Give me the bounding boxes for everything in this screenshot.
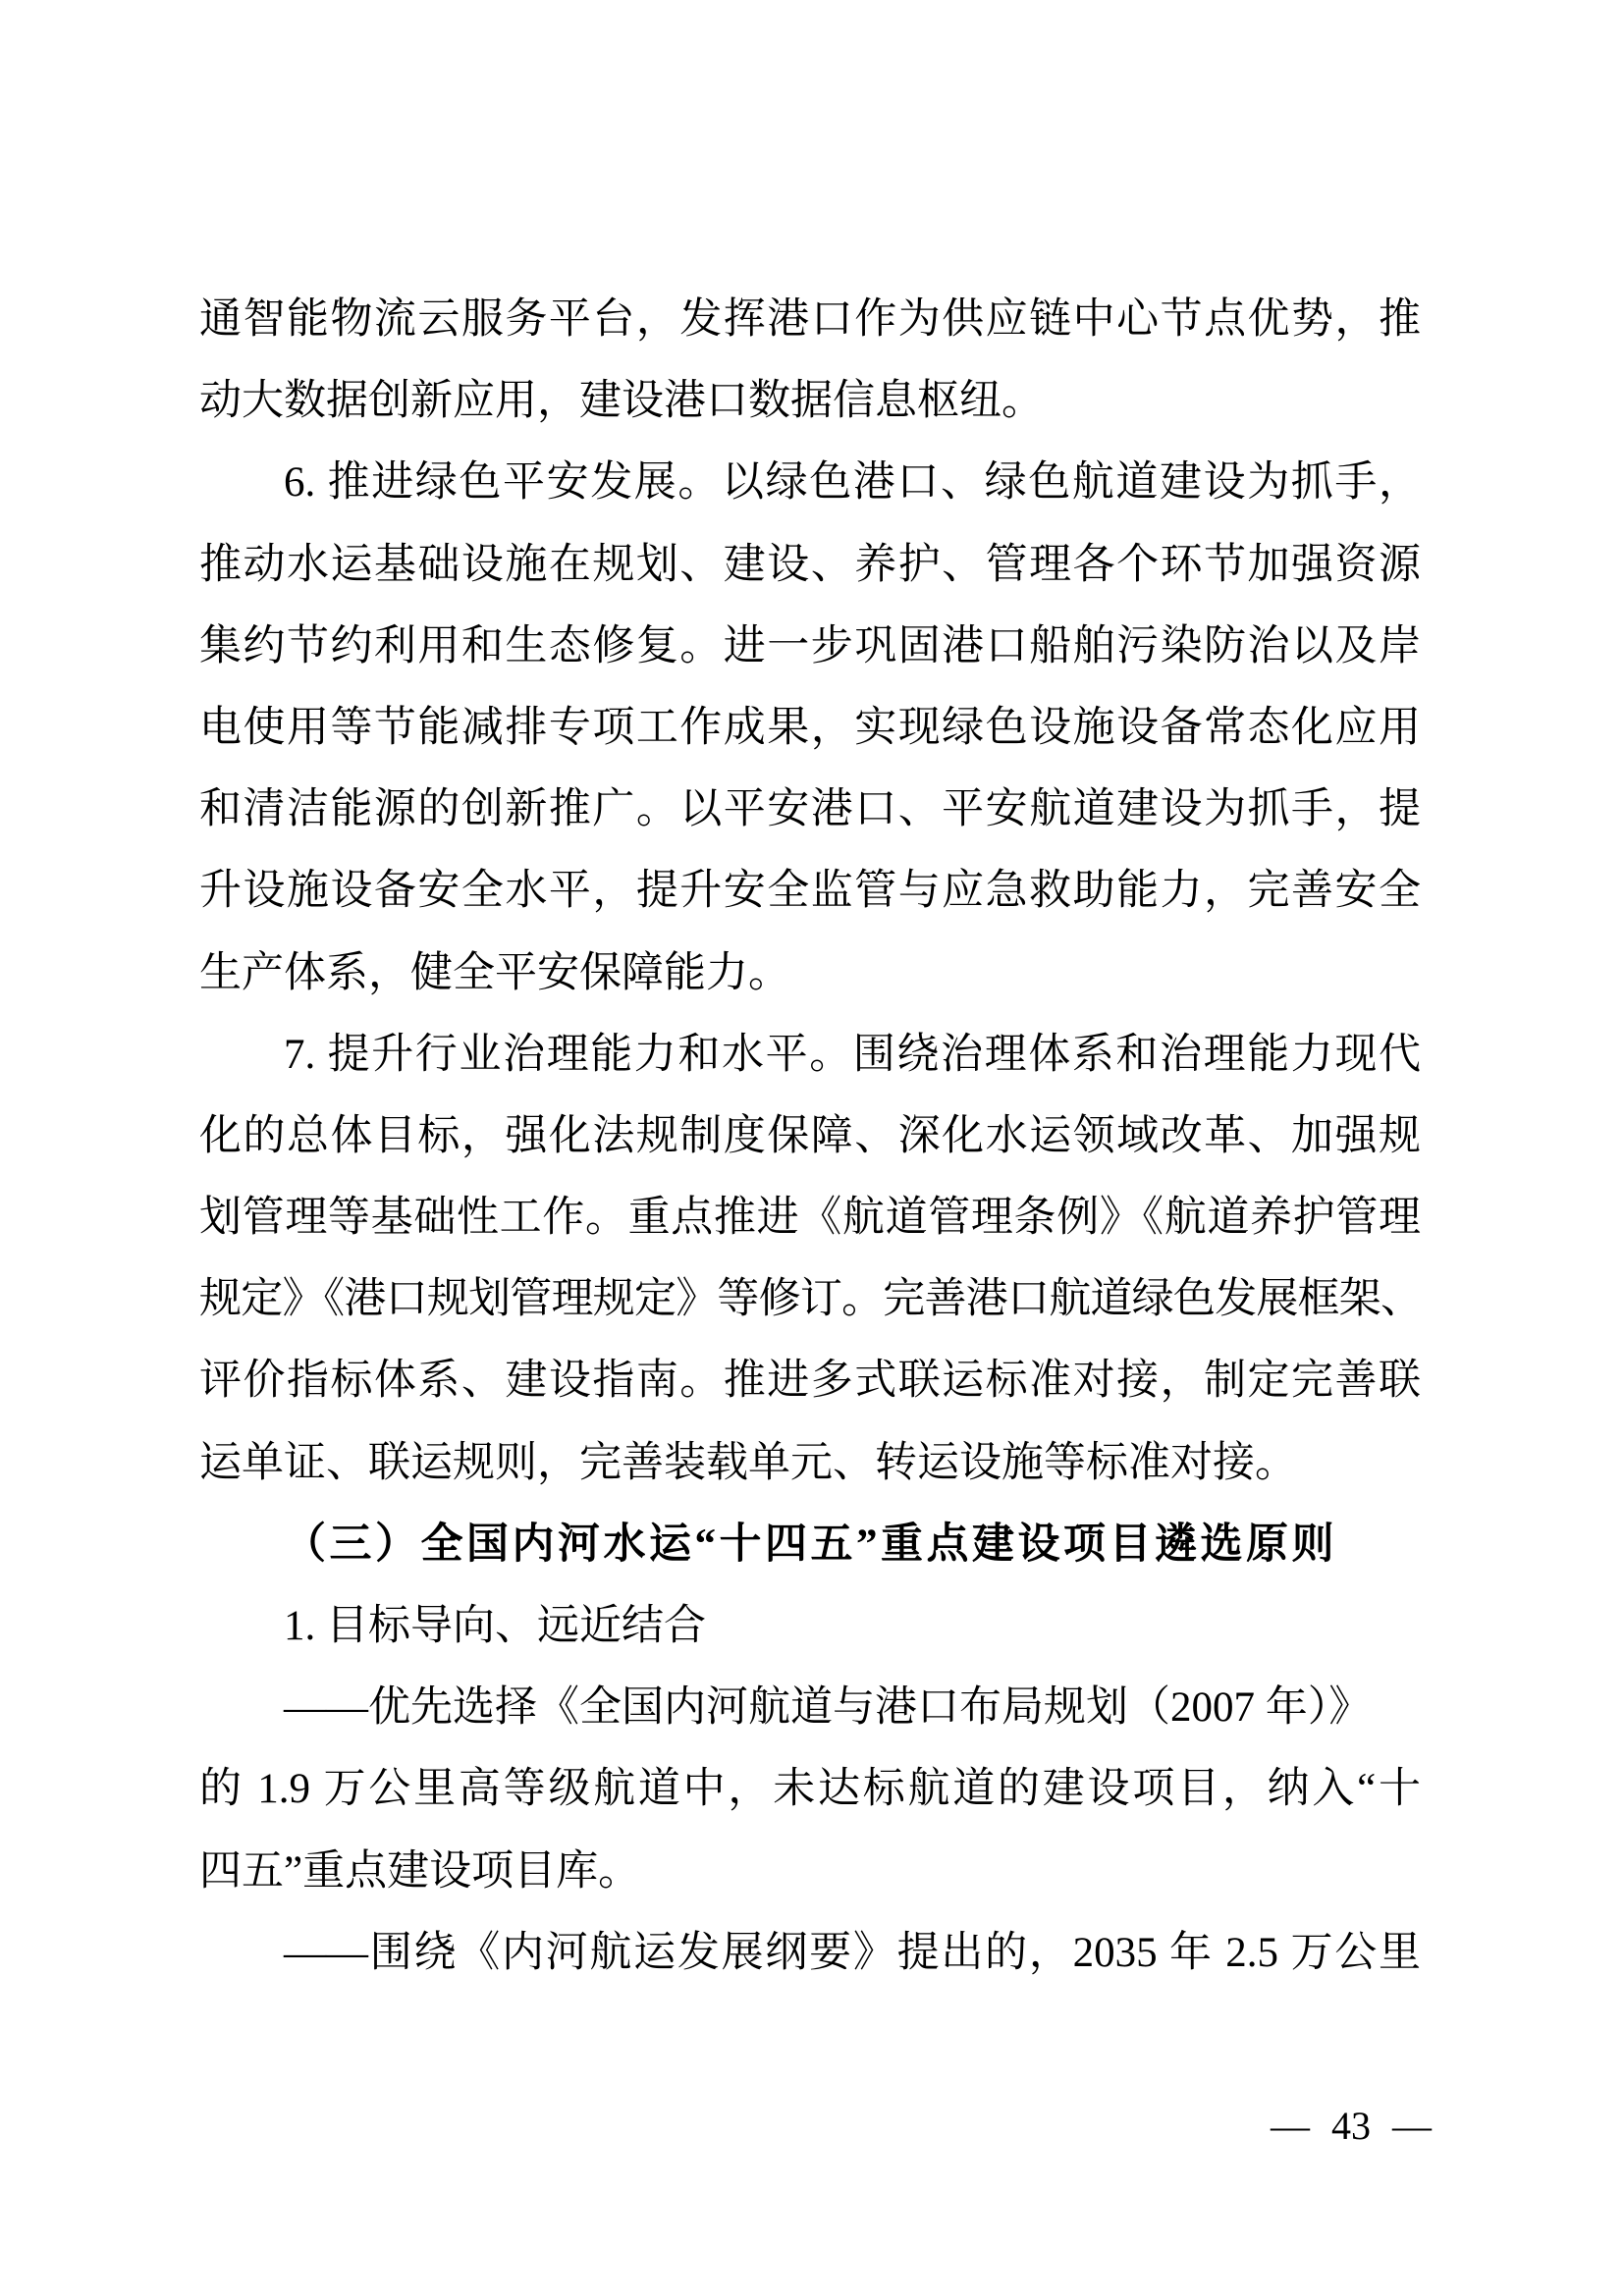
- text-line: 和清洁能源的创新推广。以平安港口、平安航道建设为抓手，提: [199, 769, 1421, 850]
- paragraph-item-6: 6. 推进绿色平安发展。以绿色港口、绿色航道建设为抓手， 推动水运基础设施在规划…: [199, 442, 1421, 1013]
- text-line: 6. 推进绿色平安发展。以绿色港口、绿色航道建设为抓手，: [199, 442, 1421, 523]
- text-line: 集约节约利用和生态修复。进一步巩固港口船舶污染防治以及岸: [199, 606, 1421, 687]
- text-line: 推动水运基础设施在规划、建设、养护、管理各个环节加强资源: [199, 524, 1421, 606]
- sub-heading-1: 1. 目标导向、远近结合: [199, 1585, 1421, 1667]
- text-line: 运单证、联运规则，完善装载单元、转运设施等标准对接。: [199, 1422, 1421, 1504]
- paragraph-continuation: 通智能物流云服务平台，发挥港口作为供应链中心节点优势，推 动大数据创新应用，建设…: [199, 279, 1421, 442]
- text-line: 规定》《港口规划管理规定》等修订。完善港口航道绿色发展框架、: [199, 1258, 1421, 1340]
- document-body: 通智能物流云服务平台，发挥港口作为供应链中心节点优势，推 动大数据创新应用，建设…: [199, 279, 1421, 1994]
- paragraph-item-7: 7. 提升行业治理能力和水平。围绕治理体系和治理能力现代 化的总体目标，强化法规…: [199, 1014, 1421, 1504]
- section-heading-line: （三）全国内河水运“十四五”重点建设项目遴选原则: [199, 1504, 1421, 1585]
- text-line: 1. 目标导向、远近结合: [199, 1585, 1421, 1667]
- text-line: 四五”重点建设项目库。: [199, 1831, 1421, 1912]
- dash-item-1: ——优先选择《全国内河航道与港口布局规划（2007 年）》 的 1.9 万公里高…: [199, 1667, 1421, 1912]
- text-line: ——优先选择《全国内河航道与港口布局规划（2007 年）》: [199, 1667, 1421, 1748]
- page-number: — 43 —: [1271, 2107, 1432, 2146]
- text-line: 通智能物流云服务平台，发挥港口作为供应链中心节点优势，推: [199, 279, 1421, 360]
- text-line: 生产体系，健全平安保障能力。: [199, 933, 1421, 1014]
- text-line: 电使用等节能减排专项工作成果，实现绿色设施设备常态化应用: [199, 687, 1421, 769]
- text-line: 评价指标体系、建设指南。推进多式联运标准对接，制定完善联: [199, 1340, 1421, 1421]
- dash-item-2: ——围绕《内河航运发展纲要》提出的，2035 年 2.5 万公里: [199, 1912, 1421, 1994]
- text-line: 的 1.9 万公里高等级航道中，未达标航道的建设项目，纳入“十: [199, 1748, 1421, 1830]
- text-line: 动大数据创新应用，建设港口数据信息枢纽。: [199, 360, 1421, 442]
- text-line: 划管理等基础性工作。重点推进《航道管理条例》《航道养护管理: [199, 1177, 1421, 1258]
- text-line: 7. 提升行业治理能力和水平。围绕治理体系和治理能力现代: [199, 1014, 1421, 1095]
- text-line: 化的总体目标，强化法规制度保障、深化水运领域改革、加强规: [199, 1095, 1421, 1177]
- section-heading: （三）全国内河水运“十四五”重点建设项目遴选原则: [199, 1504, 1421, 1585]
- text-line: 升设施设备安全水平，提升安全监管与应急救助能力，完善安全: [199, 850, 1421, 932]
- text-line: ——围绕《内河航运发展纲要》提出的，2035 年 2.5 万公里: [199, 1912, 1421, 1994]
- document-page: 通智能物流云服务平台，发挥港口作为供应链中心节点优势，推 动大数据创新应用，建设…: [0, 0, 1624, 2296]
